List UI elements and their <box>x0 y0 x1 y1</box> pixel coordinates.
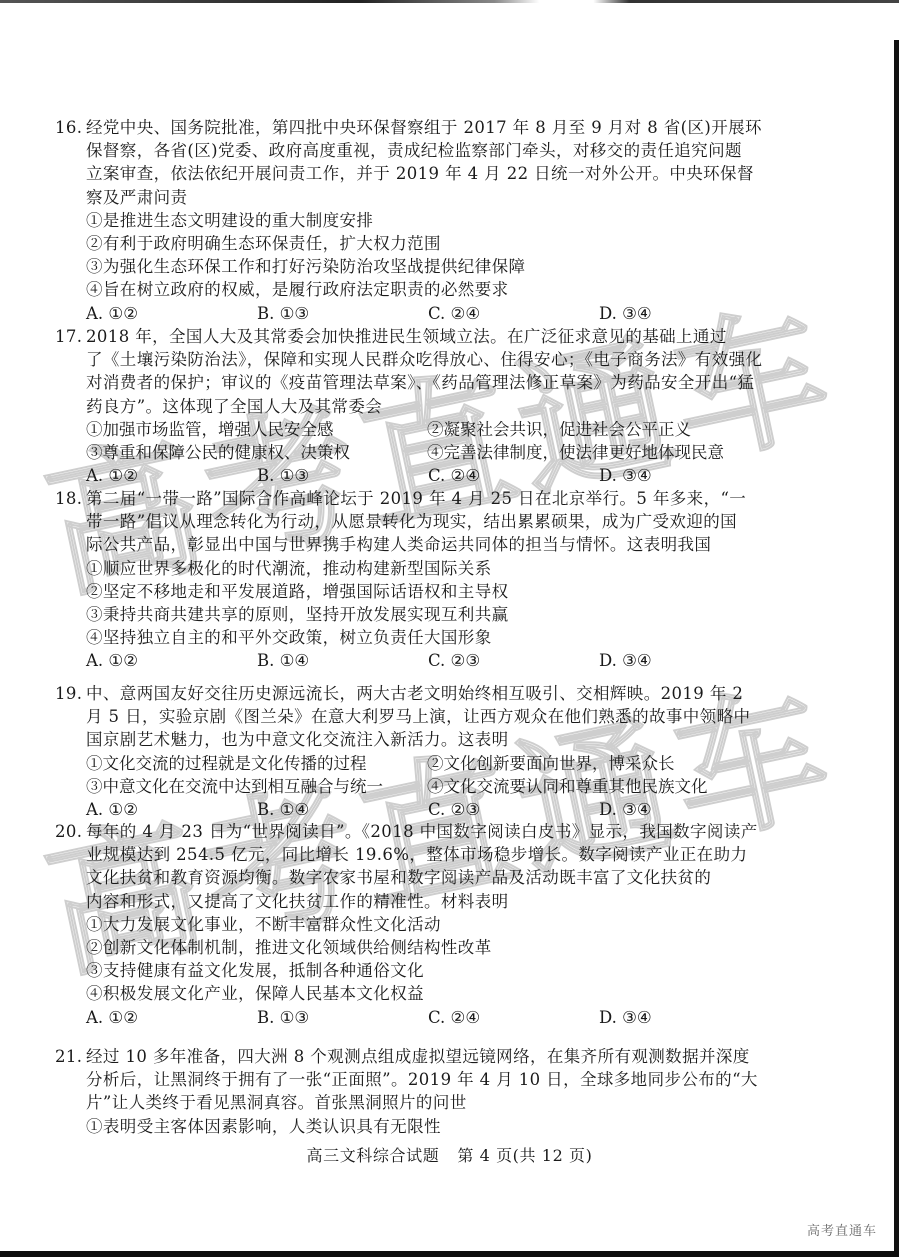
choice-b: B. ①④ <box>257 798 428 821</box>
question-stem-line: 18.第二届“一带一路”国际合作高峰论坛于 2019 年 4 月 25 日在北京… <box>55 487 805 510</box>
statement-pair: ③尊重和保障公民的健康权、决策权 ④完善法律制度，使法律更好地体现民意 <box>55 441 805 464</box>
choice-d: D. ③④ <box>599 302 770 325</box>
choice-c: C. ②④ <box>428 1006 599 1029</box>
question-stem-line: 了《土壤污染防治法》，保障和实现人民群众吃得放心、住得安心；《电子商务法》有效强… <box>55 348 805 371</box>
question-16: 16.经党中央、国务院批准，第四批中央环保督察组于 2017 年 8 月至 9 … <box>55 116 805 325</box>
statement: ③秉持共商共建共享的原则，坚持开放发展实现互利共赢 <box>55 603 805 626</box>
statement: ③尊重和保障公民的健康权、决策权 <box>86 441 427 464</box>
question-17: 17.2018 年，全国人大及其常委会加快推进民生领域立法。在广泛征求意见的基础… <box>55 325 805 487</box>
question-stem-line: 月 5 日，实验京剧《图兰朵》在意大利罗马上演，让西方观众在他们熟悉的故事中领略… <box>55 705 805 728</box>
choice-a: A. ①② <box>86 464 257 487</box>
question-stem-line: 际公共产品，彰显出中国与世界携手构建人类命运共同体的担当与情怀。这表明我国 <box>55 533 805 556</box>
watermark-corner-text: 高考直通车 <box>807 1220 877 1239</box>
question-stem-line: 文化扶贫和教育资源均衡。数字农家书屋和数字阅读产品及活动既丰富了文化扶贫的 <box>55 866 805 889</box>
statement: ④文化交流要认同和尊重其他民族文化 <box>427 775 768 798</box>
statement: ①加强市场监管，增强人民安全感 <box>86 418 427 441</box>
answer-choices: A. ①② B. ①③ C. ②④ D. ③④ <box>55 302 805 325</box>
statement: ③为强化生态环保工作和打好污染防治攻坚战提供纪律保障 <box>55 255 805 278</box>
question-20: 20.每年的 4 月 23 日为“世界阅读日”。《2018 中国数字阅读白皮书》… <box>55 820 805 1029</box>
statement-pair: ①文化交流的过程就是文化传播的过程 ②文化创新要面向世界，博采众长 <box>55 752 805 775</box>
statement: ①大力发展文化事业，不断丰富群众性文化活动 <box>55 913 805 936</box>
statement: ③支持健康有益文化发展，抵制各种通俗文化 <box>55 959 805 982</box>
exam-page: 高考直通车 高考直通车 16.经党中央、国务院批准，第四批中央环保督察组于 20… <box>0 0 899 1257</box>
choice-d: D. ③④ <box>599 798 770 821</box>
choice-c: C. ②③ <box>428 649 599 672</box>
statement: ①是推进生态文明建设的重大制度安排 <box>55 209 805 232</box>
statement: ②创新文化体制机制，推进文化领域供给侧结构性改革 <box>55 936 805 959</box>
question-stem-line: 对消费者的保护；审议的《疫苗管理法草案》、《药品管理法修正草案》为药品安全开出“… <box>55 371 805 394</box>
question-21: 21.经过 10 多年准备，四大洲 8 个观测点组成虚拟望远镜网络，在集齐所有观… <box>55 1045 805 1138</box>
statement: ①表明受主客体因素影响，人类认识具有无限性 <box>55 1115 805 1138</box>
question-stem-line: 21.经过 10 多年准备，四大洲 8 个观测点组成虚拟望远镜网络，在集齐所有观… <box>55 1045 805 1068</box>
statement: ④坚持独立自主的和平外交政策，树立负责任大国形象 <box>55 626 805 649</box>
question-18: 18.第二届“一带一路”国际合作高峰论坛于 2019 年 4 月 25 日在北京… <box>55 487 805 673</box>
question-stem-line: 带一路”倡议从理念转化为行动，从愿景转化为现实，结出累累硕果，成为广受欢迎的国 <box>55 510 805 533</box>
choice-d: D. ③④ <box>599 649 770 672</box>
choice-d: D. ③④ <box>599 1006 770 1029</box>
scan-edge-right <box>894 40 899 1257</box>
question-stem-line: 16.经党中央、国务院批准，第四批中央环保督察组于 2017 年 8 月至 9 … <box>55 116 805 139</box>
question-stem-line: 17.2018 年，全国人大及其常委会加快推进民生领域立法。在广泛征求意见的基础… <box>55 325 805 348</box>
choice-a: A. ①② <box>86 798 257 821</box>
page-footer: 高三文科综合试题第 4 页(共 12 页) <box>0 1143 899 1166</box>
choice-c: C. ②④ <box>428 464 599 487</box>
answer-choices: A. ①② B. ①③ C. ②④ D. ③④ <box>55 464 805 487</box>
answer-choices: A. ①② B. ①④ C. ②③ D. ③④ <box>55 649 805 672</box>
statement: ②坚定不移地走和平发展道路，增强国际话语权和主导权 <box>55 580 805 603</box>
statement: ②有利于政府明确生态环保责任，扩大权力范围 <box>55 232 805 255</box>
footer-page-number: 第 4 页(共 12 页) <box>457 1146 592 1165</box>
statement: ③中意文化在交流中达到相互融合与统一 <box>86 775 427 798</box>
question-stem-line: 片”让人类终于看见黑洞真容。首张黑洞照片的问世 <box>55 1091 805 1114</box>
choice-b: B. ①④ <box>257 649 428 672</box>
statement: ④旨在树立政府的权威，是履行政府法定职责的必然要求 <box>55 278 805 301</box>
statement-pair: ①加强市场监管，增强人民安全感 ②凝聚社会共识，促进社会公平正义 <box>55 418 805 441</box>
choice-d: D. ③④ <box>599 464 770 487</box>
choice-c: C. ②③ <box>428 798 599 821</box>
choice-b: B. ①③ <box>257 1006 428 1029</box>
choice-c: C. ②④ <box>428 302 599 325</box>
statement: ②文化创新要面向世界，博采众长 <box>427 752 768 775</box>
choice-b: B. ①③ <box>257 302 428 325</box>
question-stem-line: 察及严肃问责 <box>55 186 805 209</box>
choice-a: A. ①② <box>86 302 257 325</box>
scan-edge-top <box>0 0 899 3</box>
statement: ④积极发展文化产业，保障人民基本文化权益 <box>55 982 805 1005</box>
scan-edge-bottom <box>0 1251 899 1257</box>
footer-subject: 高三文科综合试题 <box>307 1146 440 1165</box>
choice-a: A. ①② <box>86 1006 257 1029</box>
question-stem-line: 药良方”。这体现了全国人大及其常委会 <box>55 395 805 418</box>
statement: ①顺应世界多极化的时代潮流，推动构建新型国际关系 <box>55 557 805 580</box>
statement: ①文化交流的过程就是文化传播的过程 <box>86 752 427 775</box>
statement-pair: ③中意文化在交流中达到相互融合与统一 ④文化交流要认同和尊重其他民族文化 <box>55 775 805 798</box>
statement: ④完善法律制度，使法律更好地体现民意 <box>427 441 768 464</box>
question-stem-line: 立案审查，依法依纪开展问责工作，并于 2019 年 4 月 22 日统一对外公开… <box>55 162 805 185</box>
choice-a: A. ①② <box>86 649 257 672</box>
question-stem-line: 内容和形式，又提高了文化扶贫工作的精准性。材料表明 <box>55 890 805 913</box>
question-stem-line: 保督察，各省(区)党委、政府高度重视，责成纪检监察部门牵头，对移交的责任追究问题 <box>55 139 805 162</box>
question-stem-line: 分析后，让黑洞终于拥有了一张“正面照”。2019 年 4 月 10 日，全球多地… <box>55 1068 805 1091</box>
question-stem-line: 国京剧艺术魅力，也为中意文化交流注入新活力。这表明 <box>55 728 805 751</box>
question-stem-line: 业规模达到 254.5 亿元，同比增长 19.6%，整体市场稳步增长。数字阅读产… <box>55 843 805 866</box>
statement: ②凝聚社会共识，促进社会公平正义 <box>427 418 768 441</box>
question-stem-line: 20.每年的 4 月 23 日为“世界阅读日”。《2018 中国数字阅读白皮书》… <box>55 820 805 843</box>
answer-choices: A. ①② B. ①③ C. ②④ D. ③④ <box>55 1006 805 1029</box>
choice-b: B. ①③ <box>257 464 428 487</box>
question-19: 19.中、意两国友好交往历史源远流长，两大古老文明始终相互吸引、交相辉映。201… <box>55 682 805 821</box>
question-stem-line: 19.中、意两国友好交往历史源远流长，两大古老文明始终相互吸引、交相辉映。201… <box>55 682 805 705</box>
answer-choices: A. ①② B. ①④ C. ②③ D. ③④ <box>55 798 805 821</box>
